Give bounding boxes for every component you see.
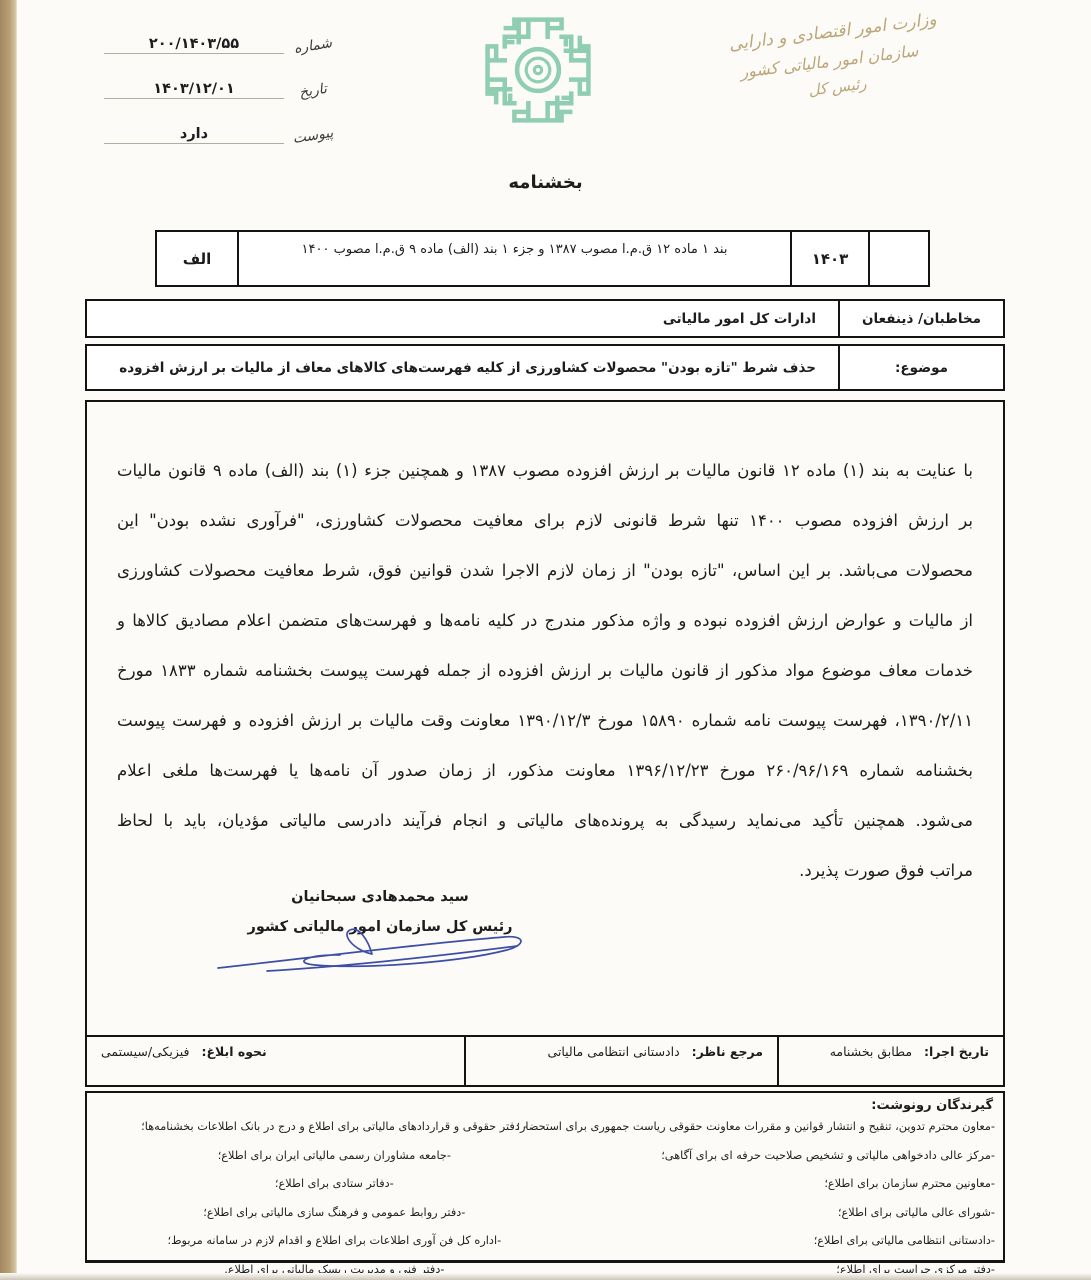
signatory-name: سید محمدهادی سبحانیان	[190, 882, 570, 912]
document-meta-block: شماره ۲۰۰/۱۴۰۳/۵۵ تاریخ ۱۴۰۳/۱۲/۰۱ پیوست…	[104, 20, 342, 155]
subject-label: موضوع:	[838, 346, 1003, 389]
classification-empty-cell	[868, 232, 928, 285]
body-text-line: از مالیات و عوارض ارزش افزوده نبوده و وا…	[117, 596, 973, 646]
handwritten-signature-icon	[212, 918, 548, 984]
letterhead-organization: وزارت امور اقتصادی و داراییسازمان امور م…	[688, 5, 985, 114]
doc-number-label: شماره	[283, 34, 343, 59]
body-text-line: ۱۳۹۰/۲/۱۱، فهرست پیوست نامه شماره ۱۵۸۹۰ …	[117, 696, 973, 746]
doc-date-label: تاریخ	[283, 79, 343, 104]
scanned-circular-document: شماره ۲۰۰/۱۴۰۳/۵۵ تاریخ ۱۴۰۳/۱۲/۰۱ پیوست…	[0, 0, 1091, 1280]
audience-value: ادارات کل امور مالیاتی	[87, 301, 838, 336]
doc-number-row: شماره ۲۰۰/۱۴۰۳/۵۵	[104, 20, 342, 54]
doc-attachment-line: دارد	[104, 123, 284, 144]
body-text-line: بر ارزش افزوده مصوب ۱۴۰۰ تنها شرط قانونی…	[117, 496, 973, 546]
supervisory-authority-cell: مرجع ناظر: دادستانی انتظامی مالیاتی	[464, 1037, 777, 1085]
audience-label: مخاطبان/ ذینفعان	[838, 301, 1003, 336]
document-title: بخشنامه	[0, 172, 1091, 193]
notification-method-label: نحوه ابلاغ:	[201, 1044, 266, 1059]
body-text-line: می‌شود. همچنین تأکید می‌نماید رسیدگی به …	[117, 796, 973, 846]
footer-strip-table: تاریخ اجرا: مطابق بخشنامه مرجع ناظر: داد…	[85, 1035, 1005, 1087]
doc-date-row: تاریخ ۱۴۰۳/۱۲/۰۱	[104, 65, 342, 99]
copy-recipient-item: -معاونین محترم سازمان برای اطلاع؛	[582, 1170, 995, 1199]
tax-administration-logo-icon	[479, 14, 597, 126]
doc-attachment-label: پیوست	[283, 124, 343, 149]
classification-legal-basis-cell: بند ۱ ماده ۱۲ ق.م.ا مصوب ۱۳۸۷ و جزء ۱ بن…	[237, 232, 790, 285]
doc-attachment-row: پیوست دارد	[104, 110, 342, 144]
classification-table: ۱۴۰۳ بند ۱ ماده ۱۲ ق.م.ا مصوب ۱۳۸۷ و جزء…	[155, 230, 930, 287]
supervisory-authority-label: مرجع ناظر:	[692, 1044, 763, 1059]
classification-year-cell: ۱۴۰۳	[790, 232, 868, 285]
body-text-line: محصولات می‌باشد. بر این اساس، "تازه بودن…	[117, 546, 973, 596]
subject-row: موضوع: حذف شرط "تازه بودن" محصولات کشاور…	[85, 344, 1005, 391]
audience-row: مخاطبان/ ذینفعان ادارات کل امور مالیاتی	[85, 299, 1005, 338]
copy-recipients-box: گیرندگان رونوشت: -معاون محترم تدوین، تنق…	[85, 1091, 1005, 1263]
scan-bottom-shadow	[0, 1273, 1091, 1280]
copy-recipients-left-column: - دفتر حقوقی و قراردادهای مالیاتی برای ا…	[87, 1113, 582, 1280]
copy-recipient-item: -شورای عالی مالیاتی برای اطلاع؛	[582, 1199, 995, 1228]
body-text-line: با عنایت به بند (۱) ماده ۱۲ قانون مالیات…	[117, 446, 973, 496]
copy-recipient-item: -مرکز عالی دادخواهی مالیاتی و تشخیص صلاح…	[582, 1142, 995, 1171]
copy-recipient-item: -جامعه مشاوران رسمی مالیاتی ایران برای ا…	[87, 1142, 582, 1171]
doc-number-value: ۲۰۰/۱۴۰۳/۵۵	[149, 36, 239, 52]
copy-recipient-item: -اداره کل فن آوری اطلاعات برای اطلاع و ا…	[87, 1227, 582, 1256]
subject-value: حذف شرط "تازه بودن" محصولات کشاورزی از ک…	[87, 346, 838, 389]
body-text-line: خدمات معاف موضوع مواد مذکور از قانون مال…	[117, 646, 973, 696]
notification-method-cell: نحوه ابلاغ: فیزیکی/سیستمی	[87, 1037, 464, 1085]
supervisory-authority-value: دادستانی انتظامی مالیاتی	[547, 1044, 679, 1059]
copy-recipient-item: -دفتر روابط عمومی و فرهنگ سازی مالیاتی ب…	[87, 1199, 582, 1228]
copy-recipients-heading: گیرندگان رونوشت:	[87, 1093, 1003, 1113]
execution-date-cell: تاریخ اجرا: مطابق بخشنامه	[777, 1037, 1003, 1085]
doc-attachment-value: دارد	[180, 126, 208, 142]
notification-method-value: فیزیکی/سیستمی	[101, 1044, 189, 1059]
body-text-line: بخشنامه شماره ۲۶۰/۹۶/۱۶۹ مورخ ۱۳۹۶/۱۲/۲۳…	[117, 746, 973, 796]
doc-number-line: ۲۰۰/۱۴۰۳/۵۵	[104, 33, 284, 54]
copy-recipients-right-column: -معاون محترم تدوین، تنقیح و انتشار قوانی…	[582, 1113, 1003, 1280]
body-text: با عنایت به بند (۱) ماده ۱۲ قانون مالیات…	[87, 402, 1003, 896]
classification-letter-cell: الف	[157, 232, 237, 285]
copy-recipient-item: -دادستانی انتظامی مالیاتی برای اطلاع؛	[582, 1227, 995, 1256]
copy-recipients-columns: -معاون محترم تدوین، تنقیح و انتشار قوانی…	[87, 1113, 1003, 1280]
doc-date-line: ۱۴۰۳/۱۲/۰۱	[104, 78, 284, 99]
copy-recipient-item: - دفتر حقوقی و قراردادهای مالیاتی برای ا…	[87, 1113, 582, 1142]
copy-recipient-item: -معاون محترم تدوین، تنقیح و انتشار قوانی…	[582, 1113, 995, 1142]
copy-recipient-item: -دفاتر ستادی برای اطلاع؛	[87, 1170, 582, 1199]
execution-date-label: تاریخ اجرا:	[924, 1044, 989, 1059]
doc-date-value: ۱۴۰۳/۱۲/۰۱	[153, 81, 234, 97]
execution-date-value: مطابق بخشنامه	[830, 1044, 912, 1059]
